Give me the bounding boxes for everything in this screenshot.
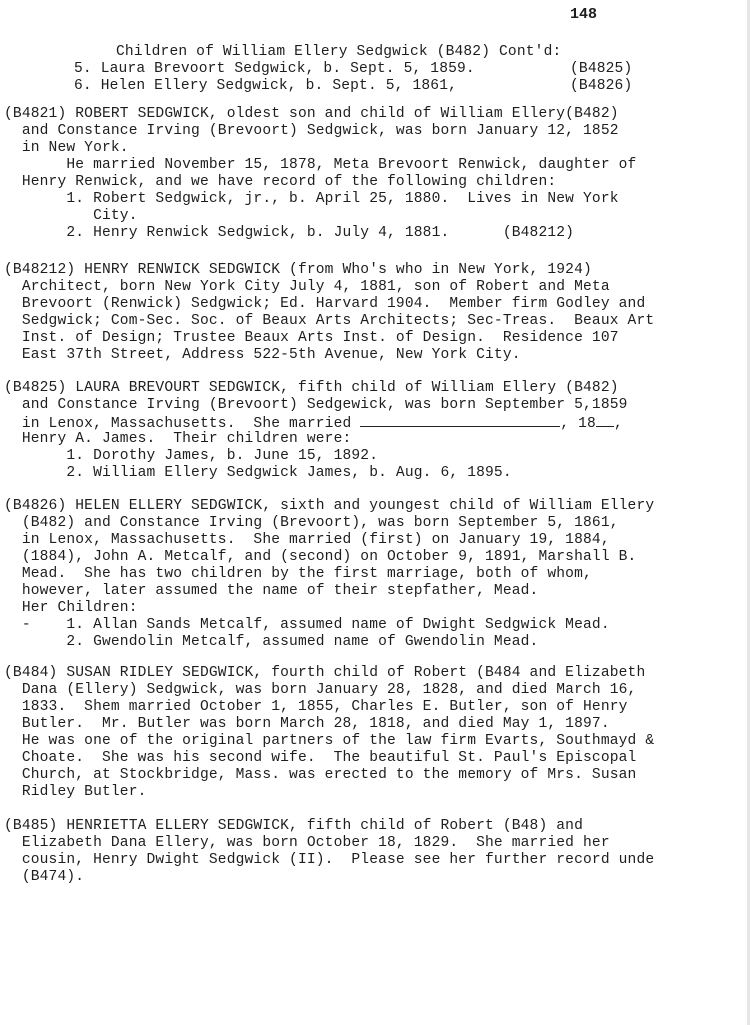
entry-line: however, later assumed the name of their… — [4, 583, 538, 600]
entry-line: Brevoort (Renwick) Sedgwick; Ed. Harvard… — [4, 296, 645, 313]
header-child-5: 5. Laura Brevoort Sedgwick, b. Sept. 5, … — [74, 61, 475, 78]
entry-line: 1833. Shem married October 1, 1855, Char… — [4, 699, 628, 716]
entry-line: in Lenox, Massachusetts. She married (fi… — [4, 532, 610, 549]
entry-line: 2. Henry Renwick Sedgwick, b. July 4, 18… — [4, 225, 574, 242]
entry-line: (B48212) HENRY RENWICK SEDGWICK (from Wh… — [4, 262, 592, 279]
entry-line: Her Children: — [4, 600, 138, 617]
entry-line: Sedgwick; Com-Sec. Soc. of Beaux Arts Ar… — [4, 313, 654, 330]
entry-line: Dana (Ellery) Sedgwick, was born January… — [4, 682, 636, 699]
document-page: 148 Children of William Ellery Sedgwick … — [0, 0, 750, 1025]
entry-line: Inst. of Design; Trustee Beaux Arts Inst… — [4, 330, 619, 347]
entry-line: 1. Robert Sedgwick, jr., b. April 25, 18… — [4, 191, 619, 208]
entry-line: Henry A. James. Their children were: — [4, 431, 351, 448]
entry-line: (B4826) HELEN ELLERY SEDGWICK, sixth and… — [4, 498, 654, 515]
entry-line: Choate. She was his second wife. The bea… — [4, 750, 636, 767]
header-title: Children of William Ellery Sedgwick (B48… — [116, 44, 561, 61]
page-number: 148 — [570, 6, 597, 23]
entry-line: (B484) SUSAN RIDLEY SEDGWICK, fourth chi… — [4, 665, 645, 682]
entry-line: Church, at Stockbridge, Mass. was erecte… — [4, 767, 636, 784]
entry-line: (B485) HENRIETTA ELLERY SEDGWICK, fifth … — [4, 818, 583, 835]
entry-line: - 1. Allan Sands Metcalf, assumed name o… — [4, 617, 610, 634]
entry-line: in New York. — [4, 140, 129, 157]
entry-line: He was one of the original partners of t… — [4, 733, 654, 750]
entry-line: East 37th Street, Address 522-5th Avenue… — [4, 347, 521, 364]
entry-line: Architect, born New York City July 4, 18… — [4, 279, 610, 296]
entry-line: and Constance Irving (Brevoort) Sedgewic… — [4, 397, 628, 414]
entry-line: (B474). — [4, 869, 84, 886]
entry-line: Henry Renwick, and we have record of the… — [4, 174, 556, 191]
header-child-6: 6. Helen Ellery Sedgwick, b. Sept. 5, 18… — [74, 78, 457, 95]
entry-line: (B482) and Constance Irving (Brevoort), … — [4, 515, 619, 532]
entry-line: 1. Dorothy James, b. June 15, 1892. — [4, 448, 378, 465]
entry-line: cousin, Henry Dwight Sedgwick (II). Plea… — [4, 852, 654, 869]
entry-line: (B4825) LAURA BREVOURT SEDGWICK, fifth c… — [4, 380, 619, 397]
entry-line: (B4821) ROBERT SEDGWICK, oldest son and … — [4, 106, 619, 123]
entry-line: and Constance Irving (Brevoort) Sedgwick… — [4, 123, 619, 140]
entry-line: (1884), John A. Metcalf, and (second) on… — [4, 549, 636, 566]
entry-line: He married November 15, 1878, Meta Brevo… — [4, 157, 636, 174]
entry-line: 2. Gwendolin Metcalf, assumed name of Gw… — [4, 634, 538, 651]
entry-line: Ridley Butler. — [4, 784, 147, 801]
entry-line: Mead. She has two children by the first … — [4, 566, 592, 583]
entry-line: City. — [4, 208, 138, 225]
entry-line: Butler. Mr. Butler was born March 28, 18… — [4, 716, 610, 733]
blank-field — [360, 414, 560, 427]
entry-line: 2. William Ellery Sedgwick James, b. Aug… — [4, 465, 512, 482]
blank-field — [596, 414, 614, 427]
entry-line: Elizabeth Dana Ellery, was born October … — [4, 835, 610, 852]
